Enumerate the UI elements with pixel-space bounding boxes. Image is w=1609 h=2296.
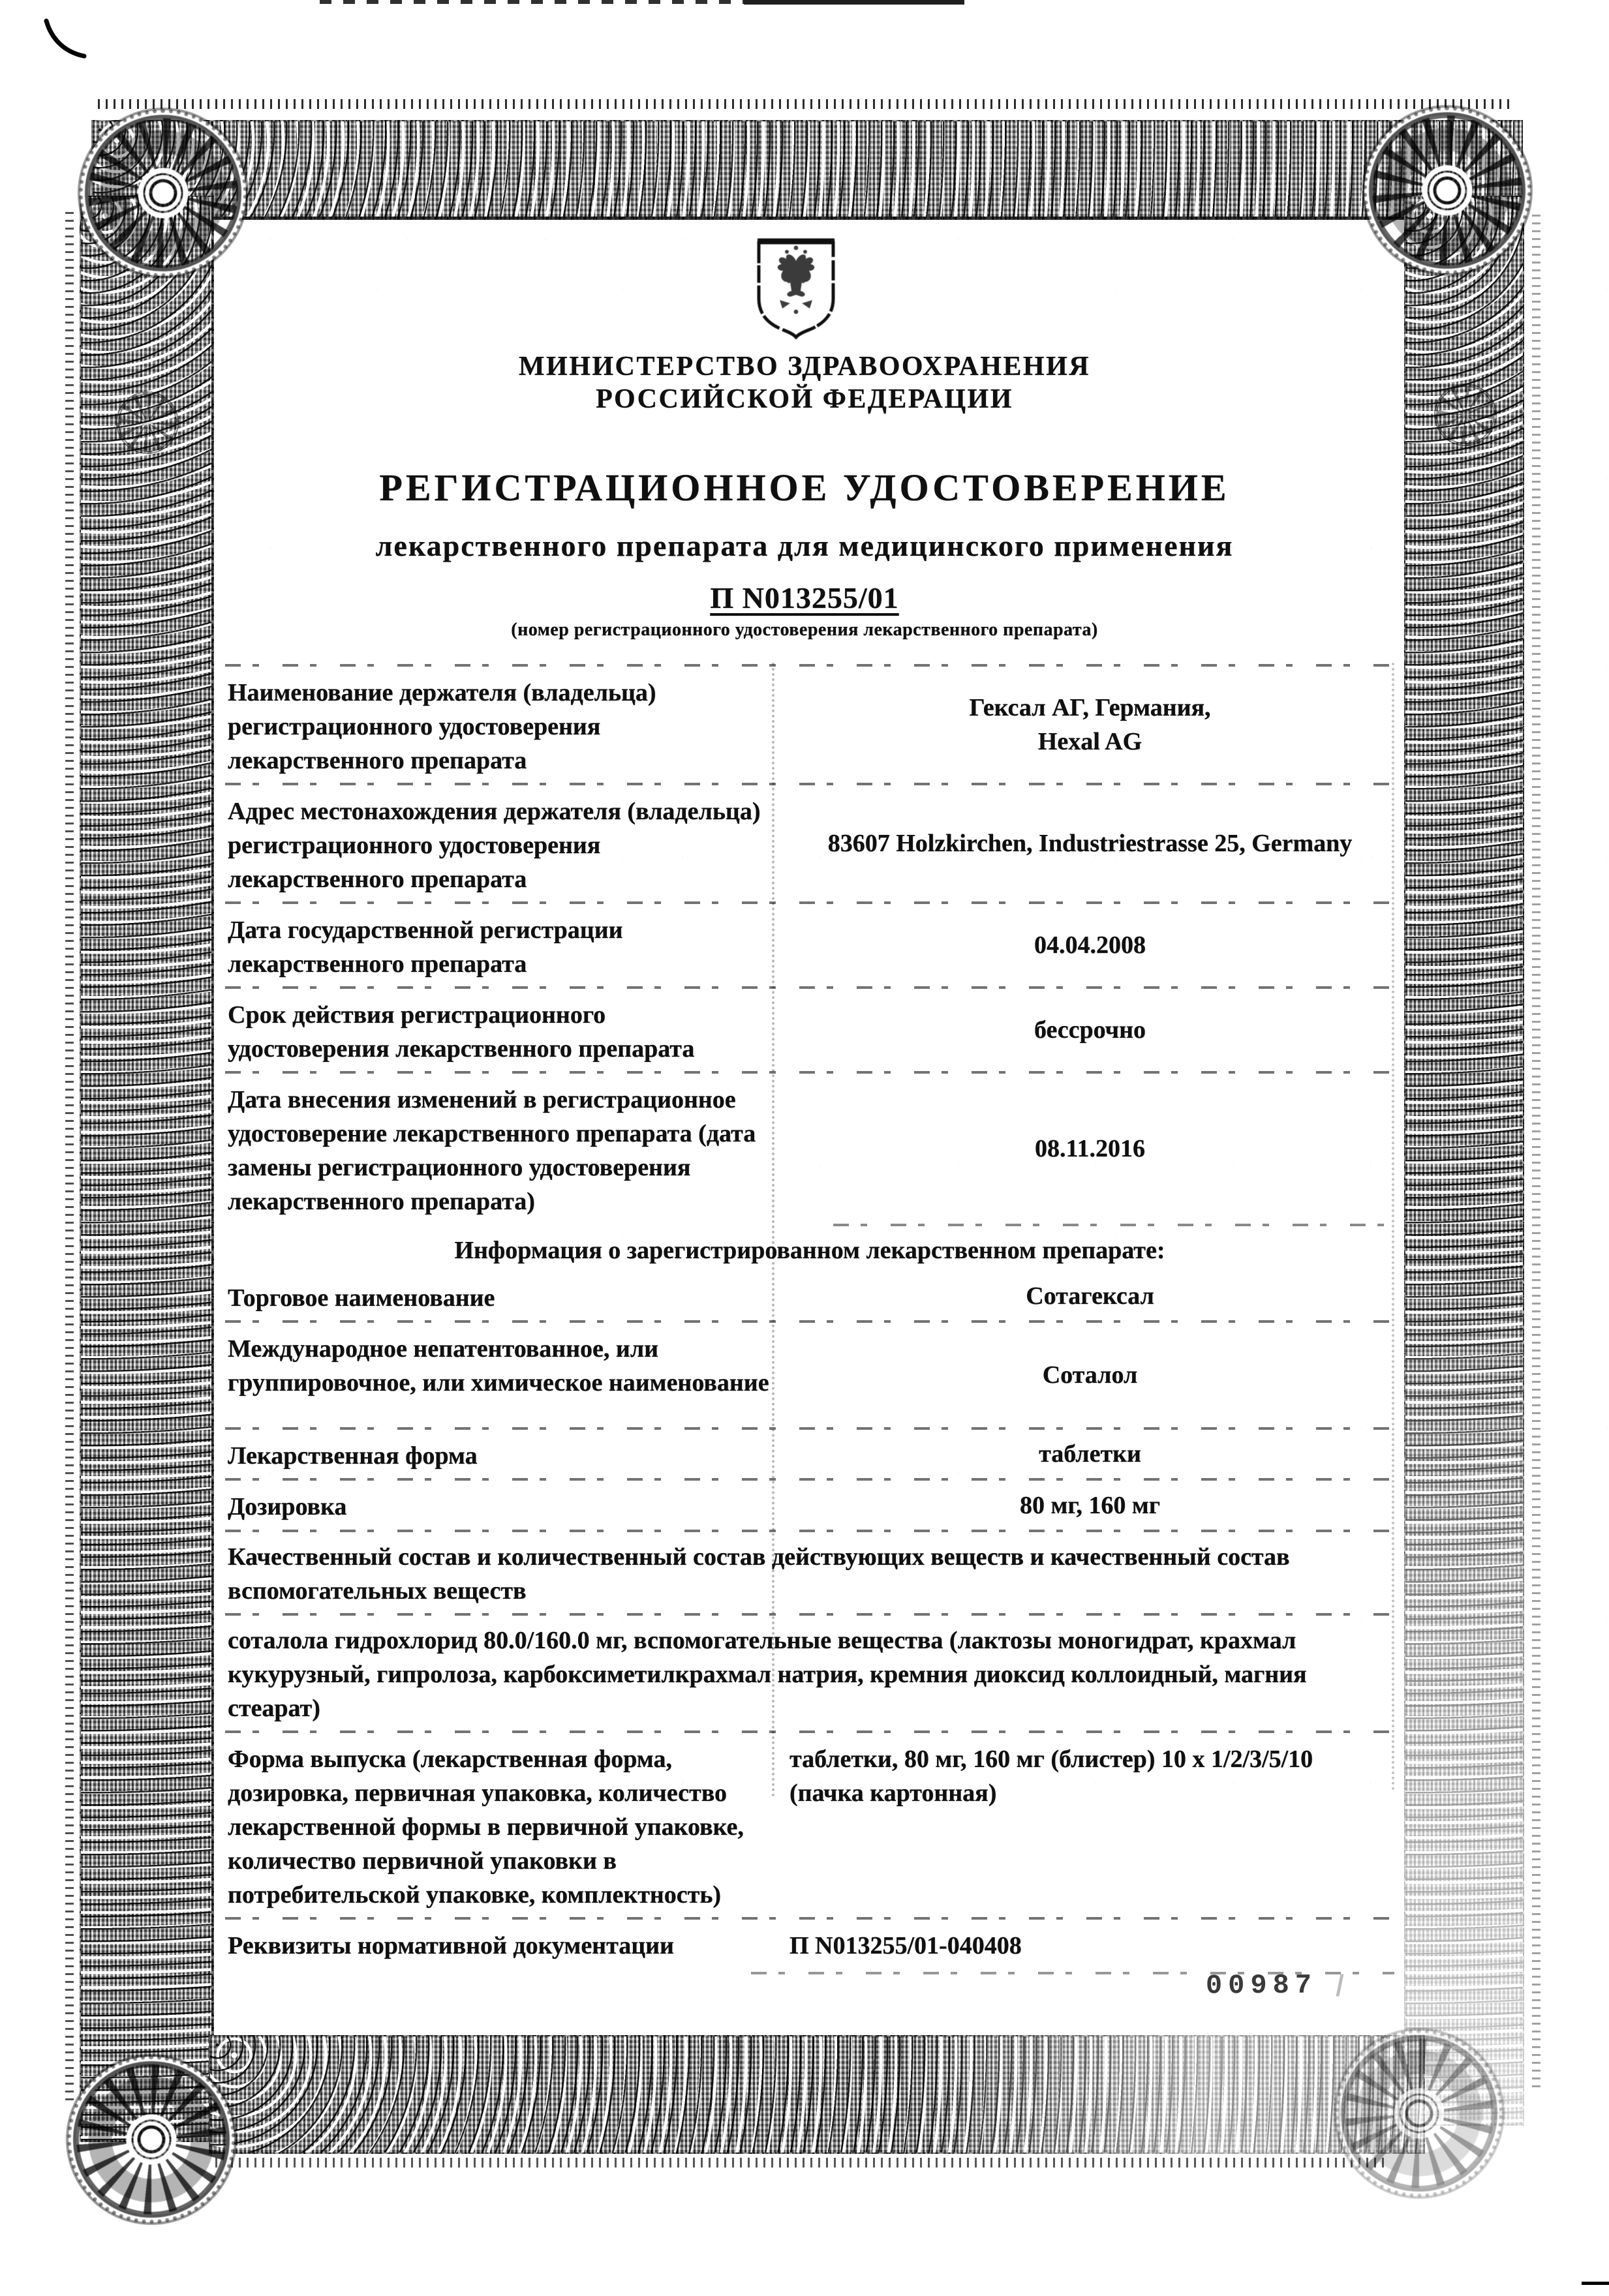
section-note: Информация о зарегистрированном лекарств… <box>225 1228 1394 1273</box>
field-value: бессрочно <box>786 990 1394 1070</box>
field-row-normative-docs: Реквизиты нормативной документации П N01… <box>225 1921 1394 1971</box>
field-label: Торговое наименование <box>225 1273 786 1319</box>
form-serial-number: 00987 <box>1206 1969 1341 2001</box>
scan-edge-dashed-line <box>320 0 744 4</box>
dashed-separator <box>225 1320 1394 1323</box>
scanned-registration-certificate: МИНИСТЕРСТВО ЗДРАВООХРАНЕНИЯ РОССИЙСКОЙ … <box>0 0 1609 2296</box>
certificate-fields-table: Наименование держателя (владельца) регис… <box>225 663 1394 1976</box>
dashed-separator <box>225 783 1394 785</box>
border-tick-row-top <box>98 99 1514 109</box>
document-subtitle: лекарственного препарата для медицинског… <box>0 528 1609 563</box>
dashed-separator <box>225 1613 1394 1616</box>
field-label: Срок действия регистрационного удостовер… <box>225 990 786 1070</box>
field-label: Наименование держателя (владельца) регис… <box>225 668 786 781</box>
field-value: 83607 Holzkirchen, Industriestrasse 25, … <box>786 787 1394 900</box>
field-row-amendment-date: Дата внесения изменений в регистрационно… <box>225 1075 1394 1222</box>
field-value: П N013255/01-040408 <box>786 1921 1394 1971</box>
dashed-separator <box>225 1530 1394 1532</box>
field-value: таблетки, 80 мг, 160 мг (блистер) 10 х 1… <box>786 1734 1394 1916</box>
ministry-name-line1: МИНИСТЕРСТВО ЗДРАВООХРАНЕНИЯ <box>0 350 1609 384</box>
pen-mark <box>36 17 101 68</box>
column-divider-dotted <box>772 663 774 1798</box>
field-label: Адрес местонахождения держателя (владель… <box>225 787 786 900</box>
scan-corner-mark <box>1582 2282 1609 2285</box>
composition-label: Качественный состав и количественный сос… <box>225 1533 1394 1612</box>
dashed-separator <box>225 1071 1394 1074</box>
field-row-dosage-form: Лекарственная форма таблетки <box>225 1431 1394 1477</box>
corner-rosette-bottom-left <box>76 2064 226 2214</box>
right-edge-dotted-line <box>1392 663 1394 1791</box>
serial-ghost-mark <box>1319 1974 1344 1996</box>
field-row-holder-name: Наименование держателя (владельца) регис… <box>225 668 1394 781</box>
dashed-separator <box>225 901 1394 904</box>
field-label: Международное непатентованное, или групп… <box>225 1324 786 1426</box>
field-row-trade-name: Торговое наименование Сотагексал <box>225 1273 1394 1319</box>
field-row-dosage: Дозировка 80 мг, 160 мг <box>225 1482 1394 1528</box>
field-row-holder-address: Адрес местонахождения держателя (владель… <box>225 787 1394 900</box>
scan-edge-solid-line <box>744 0 964 5</box>
field-value: 80 мг, 160 мг <box>786 1482 1394 1528</box>
ornate-border-bottom <box>209 2035 1425 2154</box>
document-title: РЕГИСТРАЦИОННОЕ УДОСТОВЕРЕНИЕ <box>0 466 1609 509</box>
field-label: Реквизиты нормативной документации <box>225 1921 786 1971</box>
russia-coat-of-arms-icon <box>752 235 840 339</box>
composition-value: соталола гидрохлорид 80.0/160.0 мг, вспо… <box>225 1617 1394 1729</box>
field-row-validity: Срок действия регистрационного удостовер… <box>225 990 1394 1070</box>
field-row-registration-date: Дата государственной регистрации лекарст… <box>225 905 1394 985</box>
dashed-separator <box>225 1730 1394 1733</box>
corner-rosette-bottom-right <box>1344 2038 1494 2188</box>
dashed-separator <box>225 986 1394 989</box>
dashed-separator <box>225 1478 1394 1481</box>
field-label: Дата государственной регистрации лекарст… <box>225 905 786 985</box>
field-value: 04.04.2008 <box>786 905 1394 985</box>
field-label: Дозировка <box>225 1482 786 1528</box>
field-value: таблетки <box>786 1431 1394 1477</box>
field-row-release-form: Форма выпуска (лекарственная форма, дози… <box>225 1734 1394 1916</box>
ornate-border-top <box>91 120 1523 220</box>
field-label: Дата внесения изменений в регистрационно… <box>225 1075 786 1222</box>
field-value: Гексал АГ, Германия, Hexal AG <box>786 668 1394 781</box>
field-label: Форма выпуска (лекарственная форма, дози… <box>225 1734 786 1916</box>
field-value: 08.11.2016 <box>786 1075 1394 1222</box>
registration-number-caption: (номер регистрационного удостоверения ле… <box>0 620 1609 641</box>
field-row-inn: Международное непатентованное, или групп… <box>225 1324 1394 1426</box>
dashed-separator-partial <box>833 1224 1394 1226</box>
field-value: Сотагексал <box>786 1273 1394 1319</box>
dashed-separator <box>225 1427 1394 1430</box>
border-tick-row-bottom <box>215 2158 1390 2168</box>
field-label: Лекарственная форма <box>225 1431 786 1477</box>
corner-rosette-top-left <box>88 118 238 268</box>
corner-rosette-top-right <box>1372 115 1522 265</box>
field-value: Соталол <box>786 1324 1394 1426</box>
ministry-name-line2: РОССИЙСКОЙ ФЕДЕРАЦИИ <box>0 384 1609 415</box>
dashed-separator <box>225 664 1394 667</box>
registration-number: П N013255/01 <box>0 581 1609 615</box>
dashed-separator <box>225 1917 1394 1920</box>
